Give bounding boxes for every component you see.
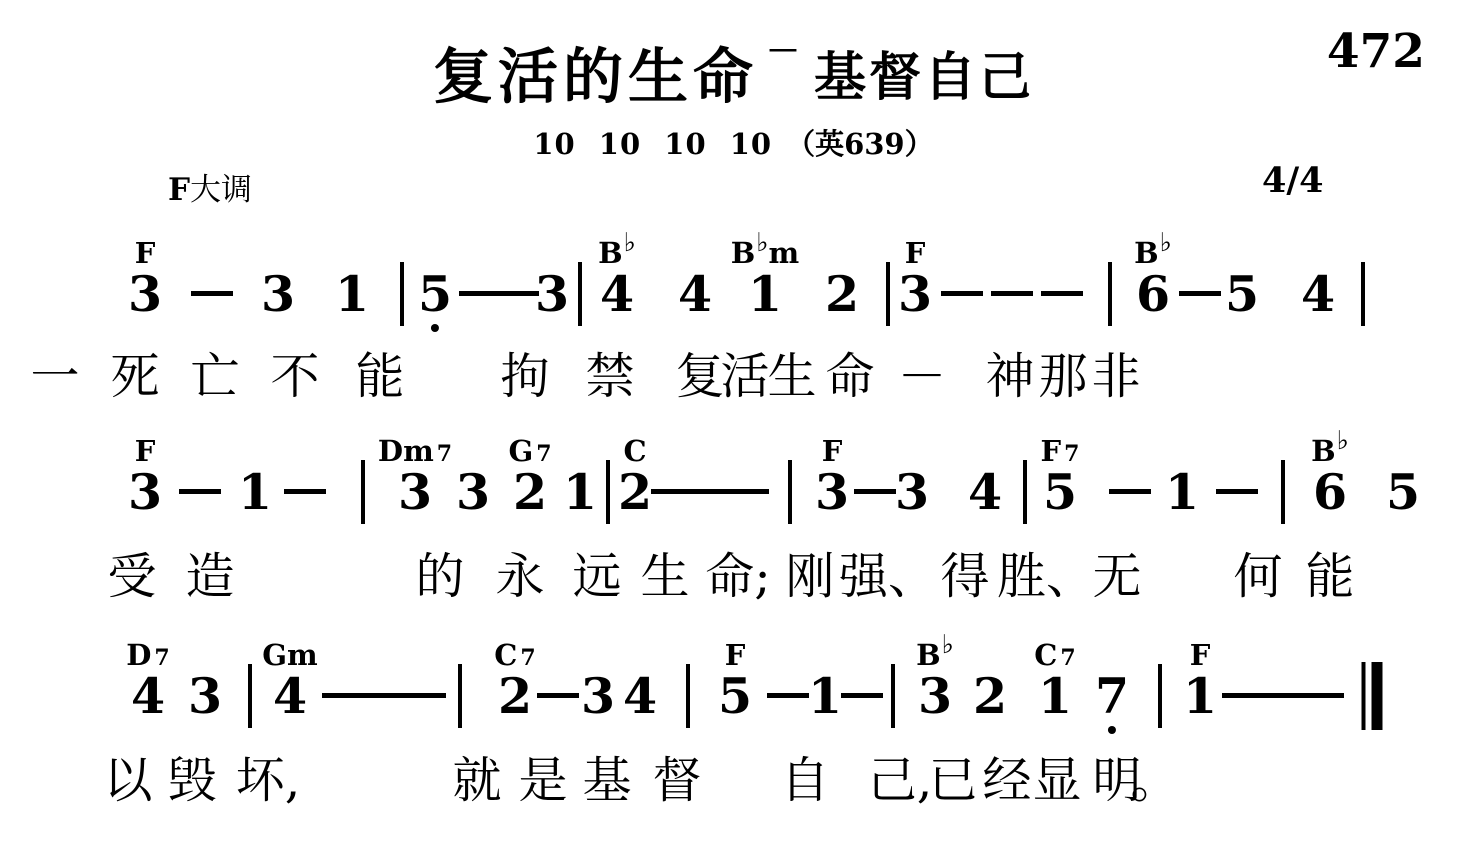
note: 1 (238, 466, 272, 518)
hymn-number: 472 (1327, 24, 1425, 79)
meter-line: 10 10 10 10（英639） (0, 122, 1467, 163)
note: 2 (973, 670, 1007, 722)
duration-dash (651, 489, 693, 494)
note-digit: 5 (718, 667, 752, 725)
note-digit: 2 (618, 463, 652, 521)
duration-dash (191, 291, 233, 296)
note: C72 (498, 670, 532, 722)
lyric-character: 生 (767, 348, 816, 406)
lyric-character: 禁 (585, 348, 634, 406)
note-digit: 3 (815, 463, 849, 521)
lyric-character: 显 (1032, 752, 1081, 810)
note: F1 (1183, 670, 1217, 722)
lyric-character: 无 (1092, 548, 1141, 606)
barline (1108, 262, 1112, 326)
note: 3 (895, 466, 929, 518)
duration-dash (459, 291, 501, 296)
chord-label: G7 (508, 437, 551, 466)
note: B♭m1 (748, 268, 782, 320)
duration-dash (537, 693, 579, 698)
duration-dash (941, 291, 983, 296)
barline (606, 460, 610, 524)
lyric-line-1: 一死亡不能拘禁复活生命－神那非 (0, 348, 1467, 408)
chord-label: D7 (126, 641, 169, 670)
lyric-character: 。 (1130, 752, 1179, 810)
lyric-character: 远 (572, 548, 621, 606)
note-digit: 3 (895, 463, 929, 521)
chord-label: C7 (1034, 641, 1075, 670)
lyric-character: 神 (985, 348, 1034, 406)
note-digit: 4 (273, 667, 307, 725)
chord-label: C7 (494, 641, 535, 670)
chord-label: F (1190, 641, 1211, 670)
note: B♭4 (600, 268, 634, 320)
note-digit: 3 (898, 265, 932, 323)
note: 1 (335, 268, 369, 320)
hymn-title-dash: － (766, 32, 800, 72)
low-octave-dot (1108, 726, 1116, 734)
lyric-character: 已 (928, 752, 977, 810)
lyric-character: 那 (1038, 348, 1087, 406)
barline (578, 262, 582, 326)
note-digit: 5 (1225, 265, 1259, 323)
note-digit: 3 (581, 667, 615, 725)
lyric-character: 生 (640, 548, 689, 606)
note-digit: 1 (238, 463, 272, 521)
note-digit: 3 (128, 463, 162, 521)
note-digit: 5 (1043, 463, 1077, 521)
note: 3 (261, 268, 295, 320)
barline (1023, 460, 1027, 524)
duration-dash (1302, 693, 1344, 698)
duration-dash (1216, 489, 1258, 494)
duration-dash (1041, 291, 1083, 296)
lyric-character: 能 (355, 348, 404, 406)
note: 3 (188, 670, 222, 722)
note: B♭6 (1313, 466, 1347, 518)
note: 2 (825, 268, 859, 320)
lyric-character: 造 (185, 548, 234, 606)
key-letter: F (168, 172, 190, 208)
note-digit: 4 (968, 463, 1002, 521)
barline (1361, 262, 1365, 326)
note: F3 (128, 268, 162, 320)
note: F3 (815, 466, 849, 518)
note-digit: 3 (188, 667, 222, 725)
lyric-character: 基 (582, 752, 631, 810)
chord-label: B♭ (598, 239, 636, 268)
note-digit: 5 (1386, 463, 1420, 521)
low-octave-dot (431, 324, 439, 332)
note: G72 (513, 466, 547, 518)
duration-dash (689, 489, 731, 494)
chord-label: F (135, 239, 156, 268)
lyric-character: 得 (940, 548, 989, 606)
lyric-character: 受 (107, 548, 156, 606)
lyric-character: 一 (30, 348, 79, 406)
note: Gm4 (273, 670, 307, 722)
meter-pattern: 10 10 10 10 (533, 127, 772, 161)
chord-label: B♭ (1134, 239, 1172, 268)
note-digit: 1 (748, 265, 782, 323)
chord-label: C (623, 437, 646, 466)
lyric-character: 死 (110, 348, 159, 406)
note-digit: 3 (535, 265, 569, 323)
lyric-line-3: 以毁坏,就是基督自己,已经显明。 (0, 752, 1467, 812)
note: 7 (1095, 670, 1129, 722)
music-line-2: F31Dm733G721C2F334F751B♭65 (0, 466, 1467, 524)
lyric-character: 经 (982, 752, 1031, 810)
duration-dash (1262, 693, 1304, 698)
note-digit: 4 (600, 265, 634, 323)
note: 5 (1225, 268, 1259, 320)
note-digit: 1 (1183, 667, 1217, 725)
note: C71 (1038, 670, 1072, 722)
note-digit: 3 (918, 667, 952, 725)
lyric-character: 亡 (190, 348, 239, 406)
barline (248, 664, 252, 728)
lyric-character: 永 (495, 548, 544, 606)
chord-label: F (725, 641, 746, 670)
hymn-title-main: 复活的生命 (433, 43, 758, 113)
chord-label: F (135, 437, 156, 466)
note: B♭3 (918, 670, 952, 722)
duration-dash (841, 693, 883, 698)
lyric-character: － (897, 348, 946, 406)
key-name: 大调 (190, 172, 252, 208)
duration-dash (497, 291, 539, 296)
note-digit: 7 (1095, 667, 1129, 725)
note-digit: 1 (563, 463, 597, 521)
lyric-character: 何 (1233, 548, 1282, 606)
lyric-character: 能 (1305, 548, 1354, 606)
chord-label: B♭ (1311, 437, 1349, 466)
note-digit: 4 (678, 265, 712, 323)
music-line-3: D743Gm4C7234F51B♭32C717F1 (0, 670, 1467, 728)
lyric-character: 坏, (236, 752, 301, 810)
note-digit: 5 (418, 265, 452, 323)
note: F3 (128, 466, 162, 518)
barline (458, 664, 462, 728)
chord-label: Dm7 (378, 437, 452, 466)
duration-dash (1179, 291, 1221, 296)
note: 4 (1301, 268, 1335, 320)
note-digit: 3 (128, 265, 162, 323)
note-digit: 2 (973, 667, 1007, 725)
key-signature: F大调 (168, 164, 252, 209)
lyric-character: 己, (868, 752, 933, 810)
chord-label: B♭ (916, 641, 954, 670)
lyric-character: 督 (652, 752, 701, 810)
note-digit: 6 (1136, 265, 1170, 323)
note-digit: 4 (131, 667, 165, 725)
lyric-character: 命; (705, 548, 771, 606)
meter-reference: （英639） (786, 127, 934, 161)
duration-dash (179, 489, 221, 494)
lyric-character: 毁 (167, 752, 216, 810)
duration-dash (727, 489, 769, 494)
note: B♭6 (1136, 268, 1170, 320)
barline (686, 664, 690, 728)
barline (1158, 664, 1162, 728)
note: F3 (898, 268, 932, 320)
chord-label: F (905, 239, 926, 268)
duration-dash (767, 693, 809, 698)
note-digit: 2 (825, 265, 859, 323)
chord-label: Gm (262, 641, 317, 670)
duration-dash (322, 693, 364, 698)
note: 3 (456, 466, 490, 518)
note-digit: 2 (513, 463, 547, 521)
lyric-character: 自 (780, 752, 829, 810)
note: 1 (563, 466, 597, 518)
note-digit: 1 (1038, 667, 1072, 725)
note: 3 (581, 670, 615, 722)
lyric-character: 活 (720, 348, 769, 406)
duration-dash (1222, 693, 1264, 698)
note-digit: 3 (456, 463, 490, 521)
note: C2 (618, 466, 652, 518)
note: Dm73 (398, 466, 432, 518)
lyric-character: 以 (103, 752, 152, 810)
note-digit: 1 (1165, 463, 1199, 521)
note-digit: 6 (1313, 463, 1347, 521)
note-digit: 3 (261, 265, 295, 323)
lyric-character: 拘 (500, 348, 549, 406)
duration-dash (854, 489, 896, 494)
note: 4 (678, 268, 712, 320)
time-signature: 4/4 (1262, 160, 1324, 201)
lyric-character: 非 (1091, 348, 1140, 406)
note: 1 (1165, 466, 1199, 518)
note: 4 (968, 466, 1002, 518)
lyric-character: 不 (270, 348, 319, 406)
barline (400, 262, 404, 326)
note-digit: 3 (398, 463, 432, 521)
duration-dash (364, 693, 406, 698)
barline (891, 664, 895, 728)
note-digit: 4 (1301, 265, 1335, 323)
lyric-line-2: 受造的永远生命;刚强、得胜、无何能 (0, 548, 1467, 608)
lyric-character: 胜、 (997, 548, 1095, 606)
hymn-sheet-page: 复活的生命－基督自己 472 10 10 10 10（英639） F大调 4/4… (0, 0, 1467, 848)
chord-label: B♭m (731, 239, 799, 268)
lyric-character: 是 (518, 752, 567, 810)
music-line-1: F33153B♭44B♭m12F3B♭654 (0, 268, 1467, 326)
hymn-title: 复活的生命－基督自己 (0, 24, 1467, 116)
lyric-character: 刚 (785, 548, 834, 606)
note-digit: 4 (623, 667, 657, 725)
note: F75 (1043, 466, 1077, 518)
note: 3 (535, 268, 569, 320)
lyric-character: 命 (825, 348, 874, 406)
duration-dash (1109, 489, 1151, 494)
note-digit: 1 (808, 667, 842, 725)
barline (1281, 460, 1285, 524)
note-digit: 1 (335, 265, 369, 323)
duration-dash (991, 291, 1033, 296)
note: 5 (1386, 466, 1420, 518)
lyric-character: 复 (675, 348, 724, 406)
barline (788, 460, 792, 524)
note: 5 (418, 268, 452, 320)
note: 4 (623, 670, 657, 722)
note-digit: 2 (498, 667, 532, 725)
lyric-character: 强、 (839, 548, 937, 606)
chord-label: F7 (1041, 437, 1080, 466)
lyric-character: 的 (415, 548, 464, 606)
note: D74 (131, 670, 165, 722)
note: 1 (808, 670, 842, 722)
note: F5 (718, 670, 752, 722)
barline (361, 460, 365, 524)
lyric-character: 就 (452, 752, 501, 810)
hymn-title-subtitle: 基督自己 (814, 48, 1034, 108)
barline (886, 262, 890, 326)
duration-dash (284, 489, 326, 494)
final-barline (1362, 662, 1383, 730)
chord-label: F (822, 437, 843, 466)
duration-dash (404, 693, 446, 698)
